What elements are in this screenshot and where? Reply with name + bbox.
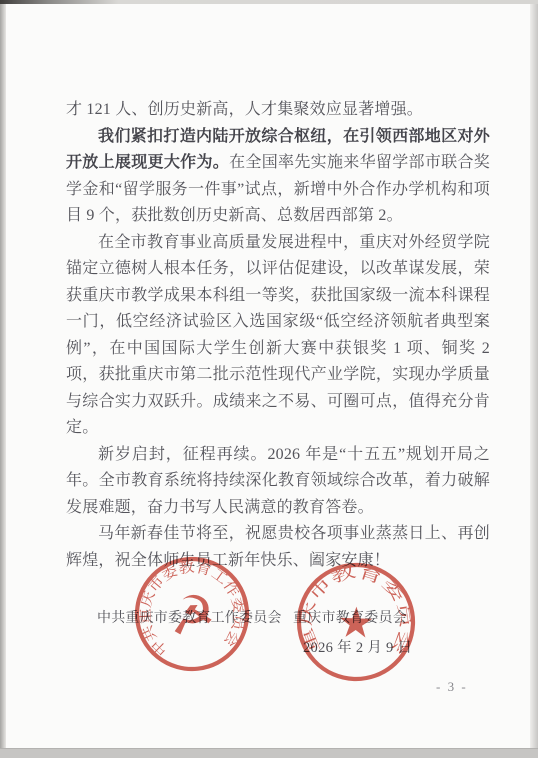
hammer-sickle-icon: ☭ [166, 584, 219, 649]
paragraph: 新岁启封，征程再续。2026 年是“十五五”规划开局之年。全市教育系统将持续深化… [66, 442, 490, 522]
official-seal-education-commission: 重庆市教育委员会 ★ [292, 558, 420, 686]
paragraph-text: 在全市教育事业高质量发展进程中，重庆对外经贸学院锚定立德树人根本任务，以评估促建… [66, 234, 490, 437]
scanned-letter-page: 才 121 人、创历史新高，人才集聚效应显著增强。 我们紧扣打造内陆开放综合枢纽… [0, 0, 538, 758]
official-seal-party-committee: 中共重庆市委教育工作委员会 ☭ [126, 548, 258, 680]
paragraph: 才 121 人、创历史新高，人才集聚效应显著增强。 [66, 97, 490, 124]
page-number: - 3 - [436, 679, 468, 695]
paragraph-text: 才 121 人、创历史新高，人才集聚效应显著增强。 [66, 101, 423, 118]
scan-edge-top [0, 0, 538, 4]
scan-edge-bottom [0, 748, 538, 758]
paragraph-text: 新岁启封，征程再续。2026 年是“十五五”规划开局之年。全市教育系统将持续深化… [66, 446, 490, 516]
scan-edge-left [0, 0, 6, 758]
star-icon: ★ [336, 597, 375, 647]
scan-edge-right [530, 0, 538, 758]
paragraph: 我们紧扣打造内陆开放综合枢纽，在引领西部地区对外开放上展现更大作为。在全国率先实… [66, 124, 490, 230]
paragraph: 在全市教育事业高质量发展进程中，重庆对外经贸学院锚定立德树人根本任务，以评估促建… [66, 230, 490, 442]
letter-body: 才 121 人、创历史新高，人才集聚效应显著增强。 我们紧扣打造内陆开放综合枢纽… [66, 97, 490, 574]
